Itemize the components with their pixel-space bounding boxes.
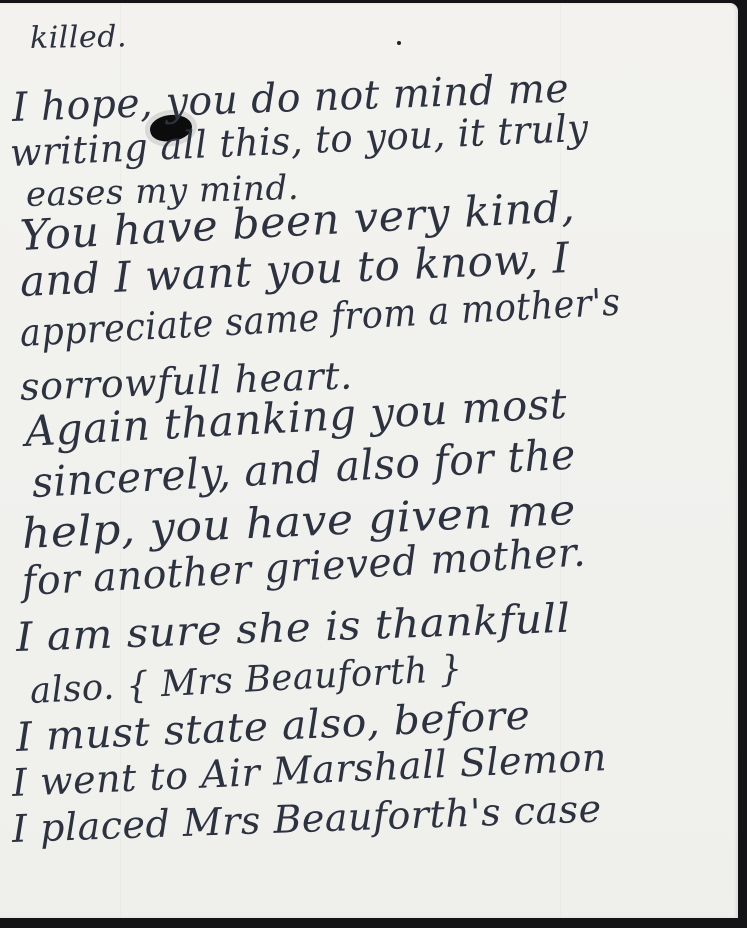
letter-line: I am sure she is thankfull — [15, 596, 571, 661]
letter-page: killed. I hope, you do not mind me writi… — [0, 3, 738, 918]
letter-line: killed. — [30, 19, 128, 56]
ink-speck — [397, 41, 401, 45]
